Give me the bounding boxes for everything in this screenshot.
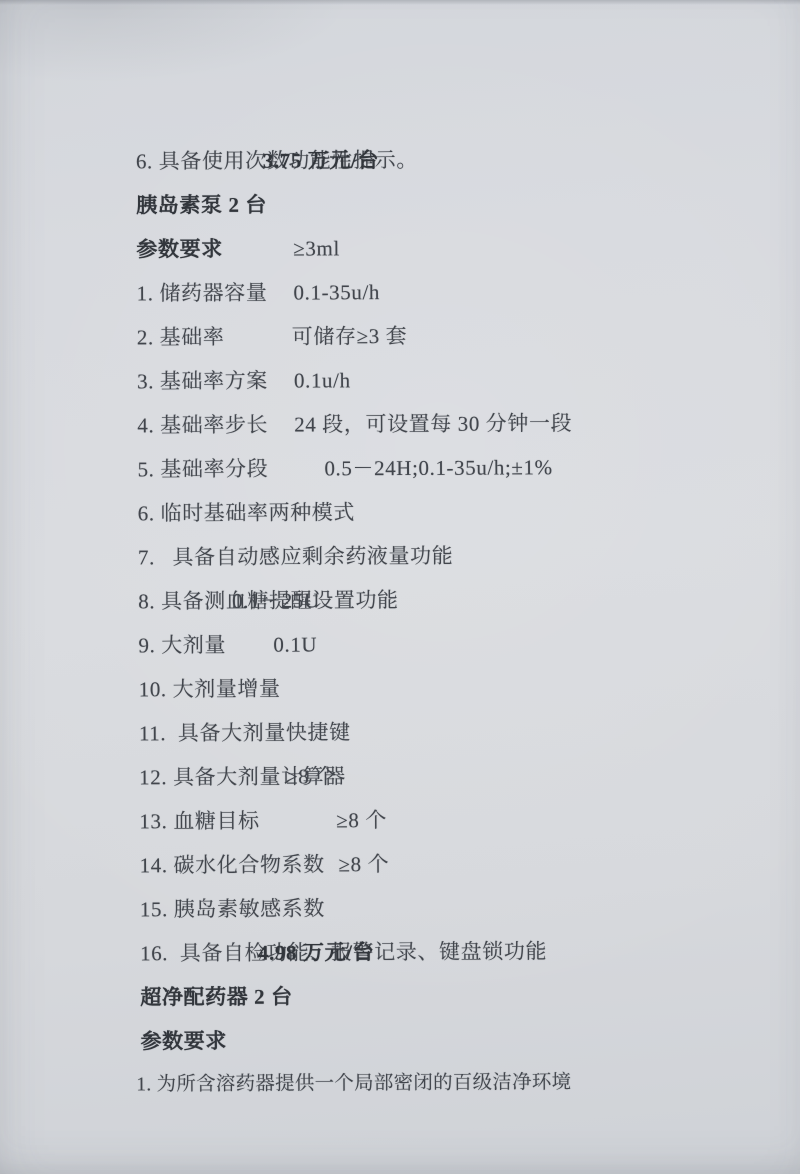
section-heading-parameters: 参数要求 (0, 180, 798, 228)
document-photo: 6. 具备使用次数功能性提示。 胰岛素泵 2 台 3.75 万元/台 参数要求 … (0, 0, 800, 1174)
param-row: 2. 基础率 0.1-35u/h (0, 268, 799, 316)
feature-line: 7. 具备自动感应剩余药液量功能 (0, 488, 800, 536)
param-value: 0.1U (273, 622, 317, 666)
feature-line: 8. 具备测血糖提醒设置功能 (0, 532, 800, 580)
param-row: 3. 基础率方案 可储存≥3 套 (0, 312, 799, 360)
feature-line: 12. 具备大剂量计算器 (1, 708, 800, 756)
section-heading-parameters: 参数要求 (2, 972, 800, 1020)
product-heading-clean-dispenser: 超净配药器 2 台 4.98 万元/台 (2, 928, 800, 976)
product-price: 3.75 万元/台 (263, 138, 379, 183)
param-row: 5. 基础率分段 24 段，可设置每 30 分钟一段 (0, 400, 799, 448)
feature-line: 6. 具备使用次数功能性提示。 (0, 92, 798, 140)
product-heading-insulin-pump: 胰岛素泵 2 台 3.75 万元/台 (0, 136, 798, 184)
param-value: 0.1-35u/h (293, 270, 380, 314)
param-row: 1. 储药器容量 ≥3ml (0, 224, 798, 272)
param-label: 1. 为所含溶药器提供一个局部密闭的百级洁净环境 (136, 1072, 571, 1095)
param-value: ≥3ml (293, 226, 340, 270)
feature-line: 11. 具备大剂量快捷键 (0, 664, 800, 712)
param-value: ≥8 个 (338, 842, 389, 886)
param-row: 10. 大剂量增量 0.1U (0, 620, 800, 668)
param-row: 15. 胰岛素敏感系数 ≥8 个 (1, 840, 800, 888)
param-value: 0.1－25U (232, 578, 320, 622)
param-row: 4. 基础率步长 0.1u/h (0, 356, 799, 404)
param-value: 24 段，可设置每 30 分钟一段 (294, 401, 572, 446)
param-value: 0.5－24H;0.1-35u/h;±1% (324, 445, 553, 490)
param-row: 6. 临时基础率两种模式 0.5－24H;0.1-35u/h;±1% (0, 444, 800, 492)
param-row: 1. 为所含溶药器提供一个局部密闭的百级洁净环境 (2, 1016, 800, 1064)
param-value: 0.1u/h (294, 358, 351, 402)
product-price: 4.98 万元/台 (258, 930, 374, 975)
param-row: 13. 血糖目标 ≥8 个 (1, 752, 800, 800)
param-value: ≥8 个 (336, 798, 387, 842)
feature-line: 16. 具备自检功能、报警记录、键盘锁功能 (2, 884, 800, 932)
param-row: 9. 大剂量 0.1－25U (0, 576, 800, 624)
param-row: 14. 碳水化合物系数 ≥8 个 (1, 796, 800, 844)
param-value: 可储存≥3 套 (292, 314, 408, 359)
document-text-block: 6. 具备使用次数功能性提示。 胰岛素泵 2 台 3.75 万元/台 参数要求 … (0, 92, 800, 1064)
param-value: ≥8 个 (286, 754, 337, 798)
